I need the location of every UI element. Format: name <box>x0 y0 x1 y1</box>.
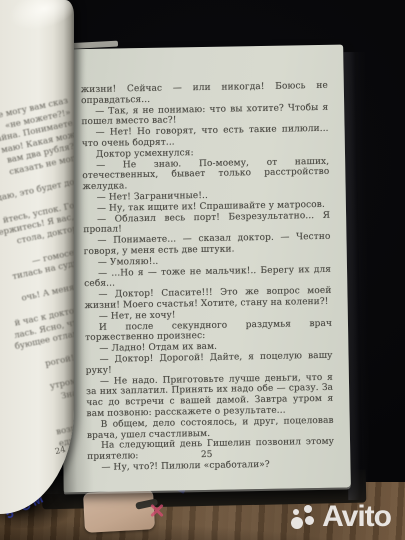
page-fold-highlight <box>4 0 74 37</box>
avito-brand-text: Avito <box>322 500 391 534</box>
page-number-24: 24 <box>54 445 67 457</box>
red-x-mark <box>148 501 166 519</box>
price-sticker <box>83 489 155 533</box>
book-page-right: жизни! Сейчас — или никогда! Боюсь не оп… <box>56 45 351 493</box>
page-25-text: жизни! Сейчас — или никогда! Боюсь не оп… <box>81 81 335 474</box>
avito-watermark: Avito <box>291 500 391 534</box>
book-page-left: я не могу вам сказ «не можете?!» тайна. … <box>0 0 74 514</box>
page-24-text: я не могу вам сказ «не можете?!» тайна. … <box>0 96 74 492</box>
avito-logo-icon <box>291 505 316 530</box>
book-photo-scene: 5 СМ жизни! Сейчас — или никогда! Боюсь … <box>0 0 405 540</box>
paragraph: — Не знаю. По-моему, от наших, отечестве… <box>82 156 330 193</box>
paragraph: — Доктор! Спасите!!! Это же вопрос моей … <box>84 286 331 312</box>
paragraph: — Не надо. Приготовьте лучше деньги, что… <box>86 372 334 419</box>
